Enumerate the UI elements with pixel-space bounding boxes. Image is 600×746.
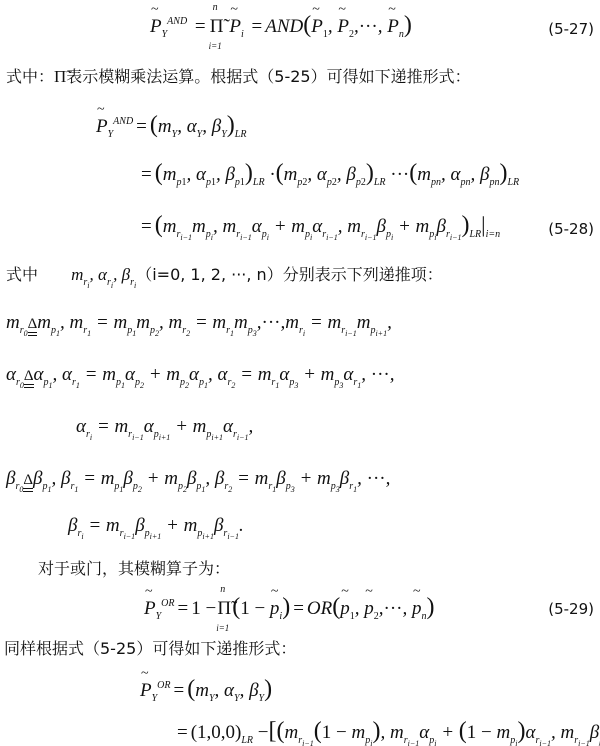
paragraph-fuzzy-multiplication: 式中：Π̃表示模糊乘法运算。根据式（5-25）可得如下递推形式： — [6, 64, 471, 87]
equation-number-5-29: (5-29) — [548, 600, 594, 618]
paragraph-recursion-terms: 式中 mri, αri, βri（i=0, 1, 2, ···, n）分别表示下… — [6, 262, 443, 286]
equation-5-27: PYAND =nΠ̃i=1 Pi =AND(P1, P2,···, Pn) — [150, 12, 412, 39]
equation-or-recursive-line1: PYOR=(mY, αY, βY) — [140, 676, 272, 703]
recursion-beta-line2: βri = mri−1βpi+1 + mpi+1βri−1. — [68, 515, 244, 537]
paragraph-body: （i=0, 1, 2, ···, n）分别表示下列递推项： — [136, 265, 442, 284]
paragraph-body: 表示模糊乘法运算。根据式（5-25）可得如下递推形式： — [66, 67, 470, 86]
equation-number-5-28: (5-28) — [548, 220, 594, 238]
paragraph-or-gate: 对于或门，其模糊算子为： — [38, 556, 230, 579]
recursion-beta-line1: βr0Δβp1, βr1 = mp1βp2 + mp2βp1, βr2 = mr… — [6, 468, 390, 490]
recursion-symbols: mri, αri, βri — [71, 265, 136, 284]
equation-or-recursive-line2: =(1,0,0)LR −[(mri−1(1 − mpi), mri−1αpi +… — [174, 718, 600, 745]
recursion-alpha-line1: αr0Δαp1, αr1 = mp1αp2 + mp2αp1, αr2 = mr… — [6, 364, 394, 386]
paragraph-prefix: 式中： — [6, 67, 54, 86]
paragraph-or-recursion: 同样根据式（5-25）可得如下递推形式： — [4, 636, 296, 659]
equation-5-28-line3: =(mri−1mpi, mri−1αpi + mpiαri−1, mri−1βp… — [138, 212, 500, 239]
equation-5-29: PYOR=1 −nΠ̃i=1(1 − pi)=OR(p1, p2,···, pn… — [144, 594, 434, 621]
paragraph-prefix: 式中 — [6, 265, 38, 284]
equation-number-5-27: (5-27) — [548, 20, 594, 38]
equation-5-28-line1: PYAND=(mY, αY, βY)LR — [96, 112, 246, 139]
fuzzy-product-symbol: Π̃ — [54, 67, 66, 86]
recursion-m-line: mr0Δmp1, mr1 = mp1mp2, mr2 = mr1mp3,···,… — [6, 312, 392, 334]
equation-5-28-line2: =(mp1, αp1, βp1)LR ·(mp2, αp2, βp2)LR ··… — [138, 160, 519, 187]
recursion-alpha-line2: αri = mri−1αpi+1 + mpi+1αri−1, — [76, 416, 253, 438]
